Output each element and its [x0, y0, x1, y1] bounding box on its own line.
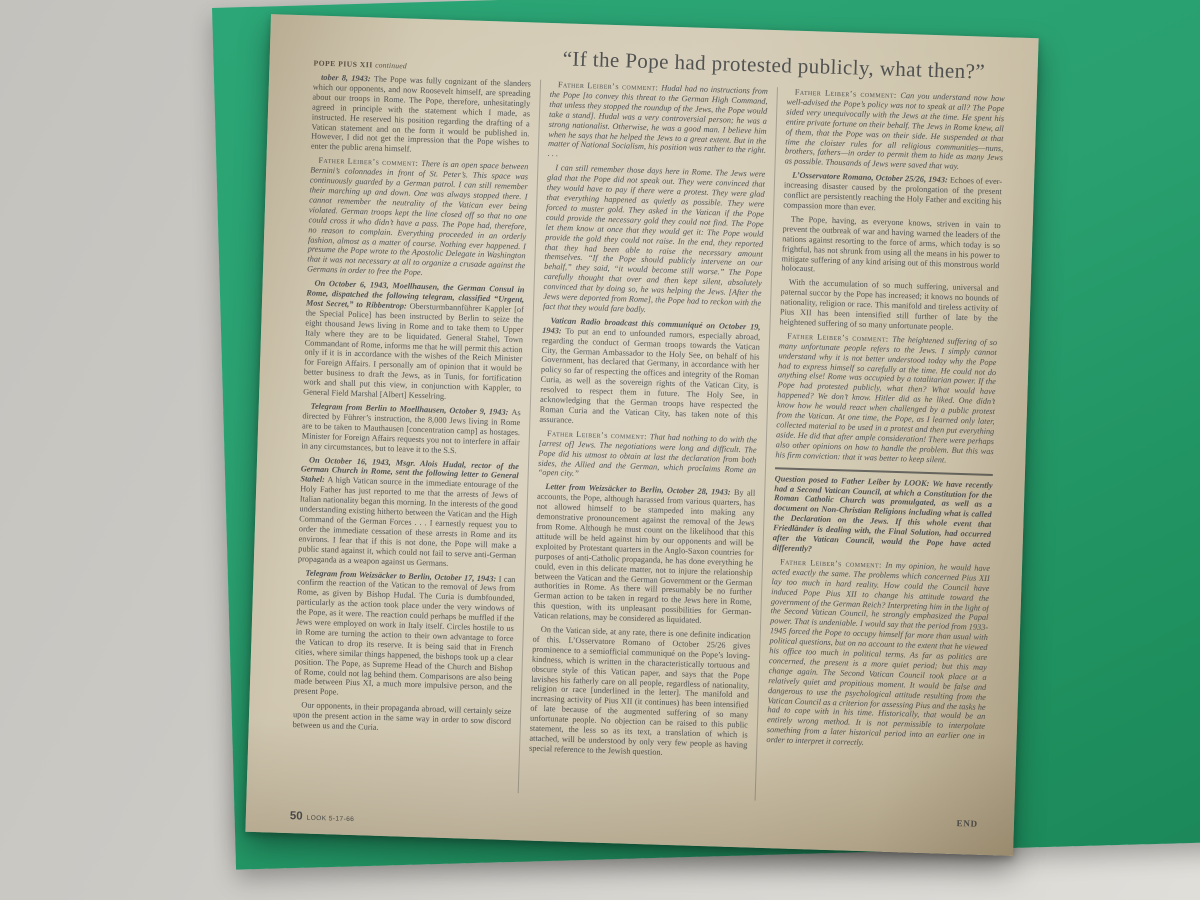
- paragraph-lead: Question posed to Father Leiber by LOOK:: [775, 474, 933, 488]
- page-content: POPE PIUS XII continued “If the Pope had…: [245, 14, 1038, 856]
- paragraph-lead: Father Leiber’s comment:: [558, 80, 662, 92]
- comment-paragraph: Father Leiber’s comment: In my opinion, …: [766, 557, 990, 752]
- text-column-1: tober 8, 1943: The Pope was fully cogniz…: [291, 72, 540, 793]
- kicker-continued: continued: [375, 60, 407, 70]
- document-paragraph: On October 6, 1943, Moellhausen, the Ger…: [303, 279, 525, 405]
- paragraph-lead: Letter from Weizsäcker to Berlin, Octobe…: [545, 482, 734, 497]
- body-paragraph: Our opponents, in their propaganda abroa…: [293, 700, 512, 737]
- paragraph-lead: Father Leiber’s comment:: [780, 557, 886, 569]
- paragraph-lead: On October 16, 1943, Msgr. Alois Hudal, …: [300, 455, 519, 484]
- paragraph-lead: Father Leiber’s comment:: [318, 156, 421, 168]
- paragraph-lead: Vatican Radio broadcast this communiqué …: [542, 316, 760, 335]
- comment-paragraph: Father Leiber’s comment: Hudal had no in…: [548, 80, 768, 166]
- comment-paragraph: Father Leiber’s comment: The heightened …: [775, 331, 997, 467]
- document-paragraph: L’Osservatore Romano, October 25/26, 194…: [783, 171, 1002, 217]
- comment-paragraph: I can still remember those days here in …: [543, 163, 766, 318]
- page-kicker: POPE PIUS XII continued: [313, 59, 542, 75]
- paragraph-lead: Father Leiber’s comment:: [795, 88, 901, 100]
- paragraph-lead: L’Osservatore Romano, October 25/26, 194…: [792, 171, 950, 185]
- comment-paragraph: Father Leiber’s comment: Can you underst…: [785, 87, 1005, 173]
- question-paragraph: Question posed to Father Leiber by LOOK:…: [772, 467, 993, 560]
- photo-background: POPE PIUS XII continued “If the Pope had…: [0, 0, 1200, 900]
- comment-paragraph: Father Leiber’s comment: There is an ope…: [307, 156, 529, 282]
- kicker-cell: POPE PIUS XII continued: [313, 59, 542, 75]
- body-paragraph: On the Vatican side, at any rate, there …: [529, 625, 751, 761]
- paragraph-lead: Telegram from Weizsäcker to Berlin, Octo…: [305, 568, 498, 583]
- document-paragraph: On October 16, 1943, Msgr. Alois Hudal, …: [298, 455, 519, 571]
- footer-magazine-label: LOOK 5-17-66: [306, 815, 354, 823]
- magazine-page: POPE PIUS XII continued “If the Pope had…: [245, 14, 1038, 856]
- text-column-2: Father Leiber’s comment: Hudal had no in…: [518, 80, 777, 801]
- paragraph-lead: Father Leiber’s comment:: [547, 429, 650, 441]
- paragraph-lead: Father Leiber’s comment:: [787, 331, 892, 343]
- paragraph-lead: On October 6, 1943, Moellhausen, the Ger…: [306, 279, 525, 311]
- comment-paragraph: Father Leiber’s comment: That had nothin…: [538, 429, 757, 485]
- document-paragraph: tober 8, 1943: The Pope was fully cogniz…: [311, 72, 531, 158]
- footer-page-number: 50: [290, 810, 303, 822]
- document-paragraph: Telegram from Weizsäcker to Berlin, Octo…: [294, 568, 516, 704]
- document-paragraph: Letter from Weizsäcker to Berlin, Octobe…: [533, 482, 755, 627]
- paragraph-lead: tober 8, 1943:: [321, 73, 374, 84]
- paragraph-lead: Telegram from Berlin to Moellhausen, Oct…: [311, 402, 512, 417]
- body-paragraph: The Pope, having, as everyone knows, str…: [781, 214, 1001, 280]
- kicker-title: POPE PIUS XII: [313, 59, 373, 70]
- document-paragraph: Telegram from Berlin to Moellhausen, Oct…: [301, 401, 520, 457]
- document-paragraph: Vatican Radio broadcast this communiqué …: [539, 316, 760, 432]
- body-paragraph: With the accumulation of so much sufferi…: [779, 278, 998, 334]
- page-footer: 50 LOOK 5-17-66: [290, 806, 355, 826]
- text-column-3: Father Leiber’s comment: Can you underst…: [755, 87, 1005, 808]
- end-marker: END: [956, 818, 978, 829]
- text-columns: tober 8, 1943: The Pope was fully cogniz…: [291, 72, 1005, 807]
